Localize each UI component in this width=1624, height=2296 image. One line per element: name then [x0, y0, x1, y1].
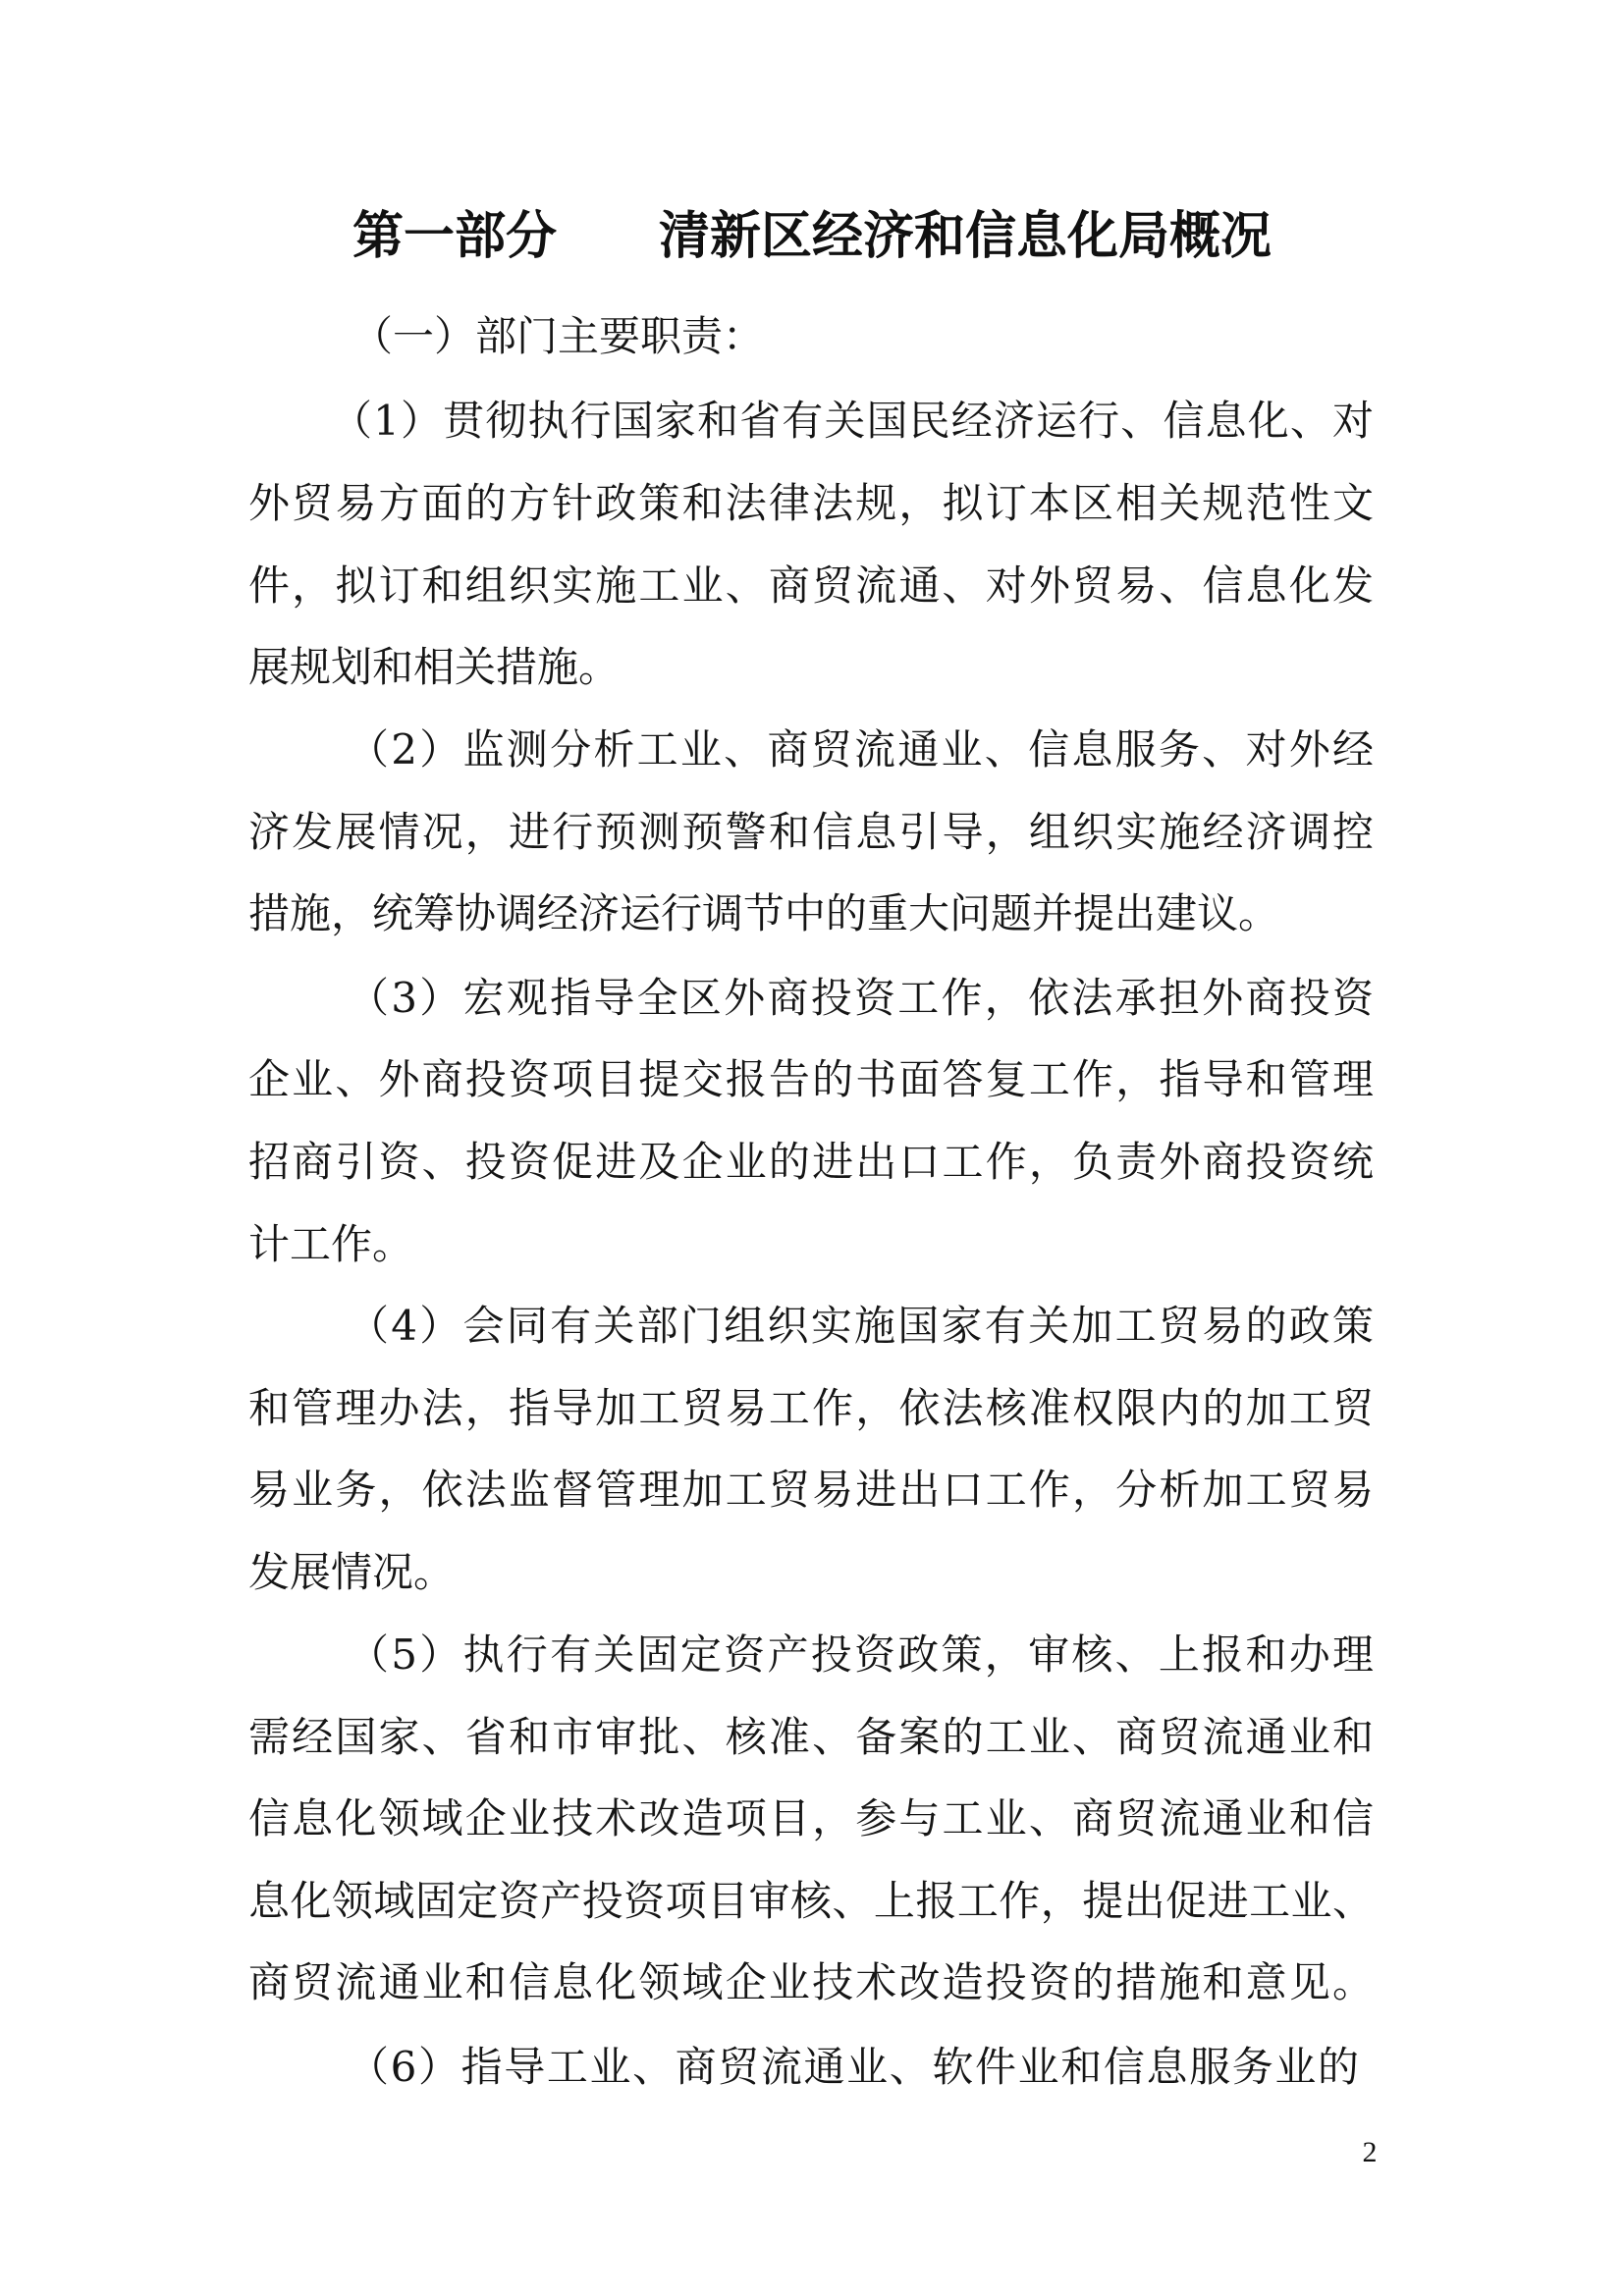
- paragraph-line: 展规划和相关措施。: [248, 638, 1374, 697]
- paragraph-line: 济发展情况，进行预测预警和信息引导，组织实施经济调控: [248, 803, 1374, 862]
- paragraph-line: （5）执行有关固定资产投资政策，审核、上报和办理: [348, 1626, 1374, 1684]
- paragraph-line: 件，拟订和组织实施工业、商贸流通、对外贸易、信息化发: [248, 557, 1374, 615]
- paragraph-line: 易业务，依法监督管理加工贸易进出口工作，分析加工贸易: [248, 1461, 1374, 1520]
- page-title: 第一部分 清新区经济和信息化局概况: [0, 202, 1624, 271]
- page-number: 2: [1355, 2135, 1384, 2170]
- paragraph-line: 发展情况。: [248, 1543, 1374, 1602]
- paragraph-line: 外贸易方面的方针政策和法律法规，拟订本区相关规范性文: [248, 474, 1374, 533]
- paragraph-line: （1）贯彻执行国家和省有关国民经济运行、信息化、对: [331, 392, 1374, 451]
- paragraph-line: （2）监测分析工业、商贸流通业、信息服务、对外经: [348, 721, 1374, 779]
- paragraph-line: 招商引资、投资促进及企业的进出口工作，负责外商投资统: [248, 1133, 1374, 1192]
- paragraph-line: 措施，统筹协调经济运行调节中的重大问题并提出建议。: [248, 884, 1374, 943]
- paragraph-line: 企业、外商投资项目提交报告的书面答复工作，指导和管理: [248, 1050, 1374, 1109]
- paragraph-line: （3）宏观指导全区外商投资工作，依法承担外商投资: [348, 969, 1374, 1028]
- paragraph-line: 息化领域固定资产投资项目审核、上报工作，提出促进工业、: [248, 1872, 1374, 1931]
- paragraph-line: （4）会同有关部门组织实施国家有关加工贸易的政策: [348, 1297, 1374, 1356]
- document-page: 第一部分 清新区经济和信息化局概况 （一）部门主要职责： （1）贯彻执行国家和省…: [0, 0, 1624, 2296]
- paragraph-line: （6）指导工业、商贸流通业、软件业和信息服务业的: [348, 2038, 1359, 2097]
- paragraph-line: 需经国家、省和市审批、核准、备案的工业、商贸流通业和: [248, 1708, 1374, 1767]
- paragraph-line: 计工作。: [248, 1215, 1374, 1274]
- paragraph-line: 商贸流通业和信息化领域企业技术改造投资的措施和意见。: [248, 1953, 1374, 2012]
- section-heading: （一）部门主要职责：: [352, 307, 764, 366]
- paragraph-line: 和管理办法，指导加工贸易工作，依法核准权限内的加工贸: [248, 1379, 1374, 1438]
- paragraph-line: 信息化领域企业技术改造项目，参与工业、商贸流通业和信: [248, 1789, 1374, 1848]
